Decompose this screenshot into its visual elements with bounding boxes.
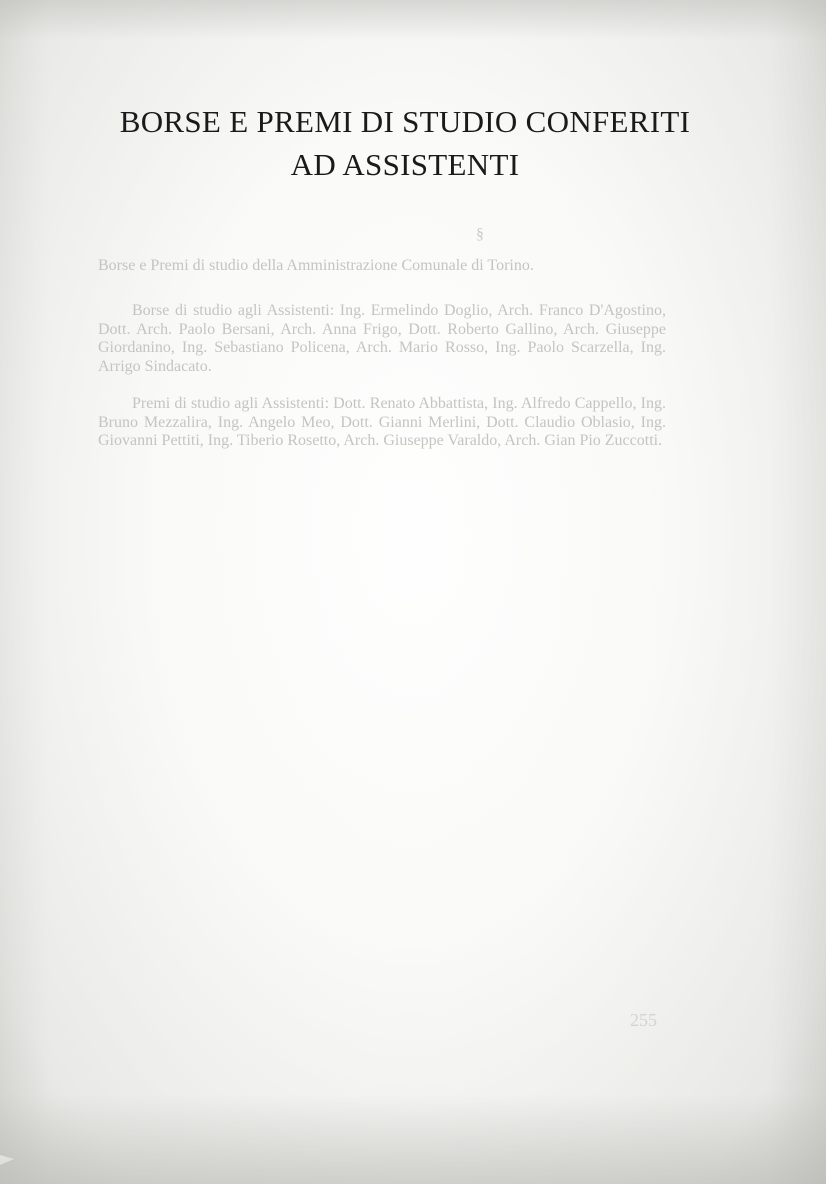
paragraph-borse: Borse di studio agli Assistenti: Ing. Er… [98, 302, 666, 376]
paragraph-premi: Premi di studio agli Assistenti: Dott. R… [98, 395, 666, 451]
page-title-line-2: AD ASSISTENTI [60, 149, 750, 180]
document-page: BORSE E PREMI DI STUDIO CONFERITI AD ASS… [0, 0, 826, 1184]
page-corner-mark [0, 1155, 14, 1165]
page-title-line-1: BORSE E PREMI DI STUDIO CONFERITI [60, 106, 750, 137]
section-marker-icon: § [476, 226, 484, 244]
section-heading: Borse e Premi di studio della Amministra… [98, 257, 666, 276]
page-number: 255 [630, 1010, 657, 1031]
